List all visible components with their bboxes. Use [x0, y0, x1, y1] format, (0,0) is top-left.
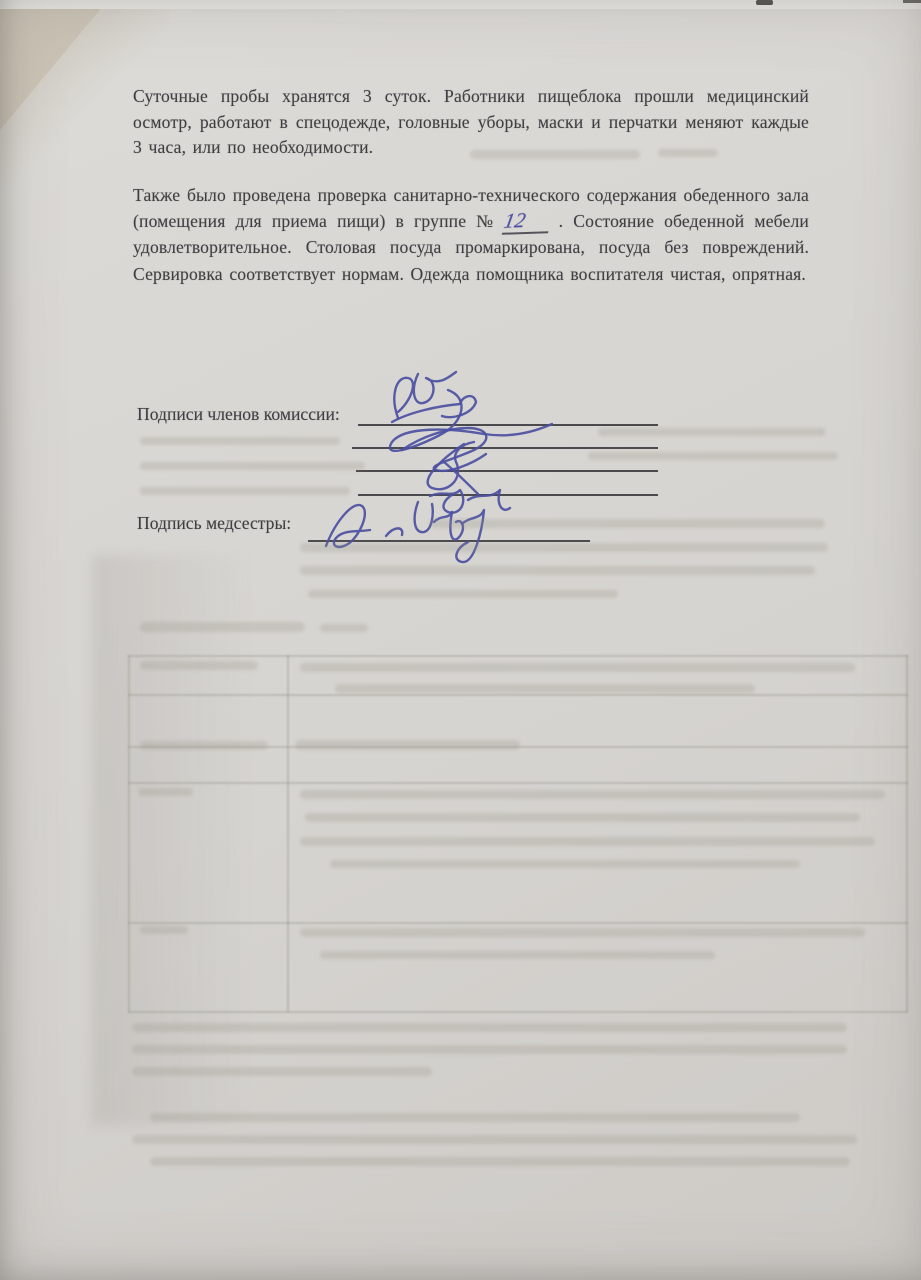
bleedthrough-text — [308, 590, 618, 598]
bleedthrough-text — [132, 1067, 432, 1076]
bleedthrough-handwriting — [300, 928, 865, 937]
bleedthrough-handwriting — [300, 790, 885, 799]
bleedthrough-handwriting — [330, 860, 800, 868]
top-sheet-edge — [0, 0, 921, 9]
bleedthrough-table-border — [128, 694, 908, 696]
bleedthrough-handwriting — [140, 661, 258, 670]
bleedthrough-table-border — [287, 655, 289, 1012]
bleedthrough-text — [140, 462, 365, 470]
bleedthrough-table-border — [128, 655, 908, 657]
nurse-signature-scribble — [314, 492, 504, 570]
bleedthrough-table-border — [128, 782, 908, 784]
bleedthrough-text — [470, 150, 640, 159]
bleedthrough-handwriting — [305, 813, 860, 822]
bleedthrough-handwriting — [335, 684, 755, 693]
bleedthrough-text — [140, 437, 340, 445]
bleedthrough-handwriting — [140, 926, 188, 934]
handwritten-group-number: 12 — [501, 209, 552, 235]
bleedthrough-text — [430, 519, 825, 528]
bleedthrough-text — [588, 452, 838, 460]
bleedthrough-text — [300, 566, 815, 575]
top-edge-mark — [903, 0, 921, 3]
bleedthrough-handwriting — [295, 740, 520, 750]
paragraph-dining-inspection: Также было проведена проверка санитарно-… — [133, 182, 809, 287]
bleedthrough-handwriting — [320, 951, 715, 959]
bleedthrough-handwriting — [140, 741, 268, 750]
bleedthrough-text — [598, 428, 826, 436]
bleedthrough-text — [300, 543, 828, 552]
bleedthrough-text — [140, 622, 305, 632]
nurse-signature-label: Подпись медсестры: — [137, 513, 291, 534]
bleedthrough-handwriting — [300, 663, 855, 672]
bleedthrough-table-border — [128, 922, 908, 924]
bleedthrough-text — [150, 1113, 800, 1122]
bleedthrough-text — [150, 1157, 850, 1166]
bleedthrough-text — [132, 1135, 857, 1144]
bleedthrough-text — [132, 1023, 847, 1032]
paper-shadow-band — [92, 555, 252, 1125]
bleedthrough-text — [320, 624, 368, 632]
bleedthrough-text — [658, 149, 718, 157]
top-edge-mark — [756, 0, 773, 5]
bleedthrough-table-border — [128, 1011, 908, 1013]
commission-signatures-label: Подписи членов комиссии: — [137, 404, 340, 425]
document-photo: Суточные пробы хранятся 3 суток. Работни… — [0, 0, 921, 1280]
bleedthrough-handwriting — [300, 837, 875, 846]
bleedthrough-text — [140, 487, 350, 495]
bleedthrough-table-border — [906, 655, 908, 1012]
bleedthrough-handwriting — [138, 788, 193, 796]
bleedthrough-text — [132, 1045, 847, 1054]
bleedthrough-table-border — [128, 655, 130, 1012]
